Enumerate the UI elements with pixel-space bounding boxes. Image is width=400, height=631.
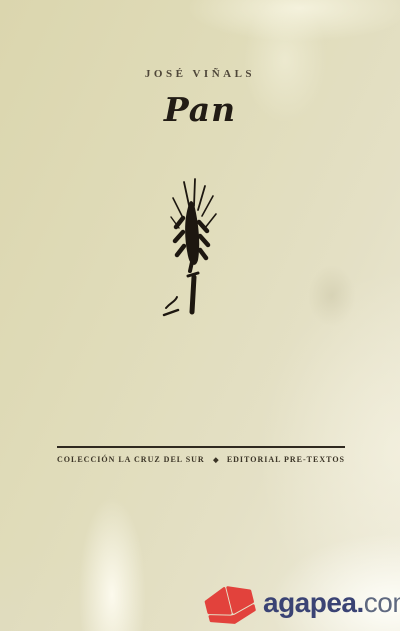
author-name: JOSÉ VIÑALS [0, 68, 400, 80]
agapea-watermark: agapea.com [202, 581, 400, 628]
band-text-row: COLECCIÓN LA CRUZ DEL SUR ◆ EDITORIAL PR… [57, 455, 345, 464]
book-title: Pan [0, 90, 400, 129]
agapea-domain-suffix: com [364, 587, 400, 618]
agapea-brand-text: agapea [263, 587, 357, 618]
collection-name: COLECCIÓN LA CRUZ DEL SUR [57, 455, 205, 464]
agapea-wordmark: agapea.com [263, 589, 400, 621]
footer-band: COLECCIÓN LA CRUZ DEL SUR ◆ EDITORIAL PR… [57, 446, 345, 464]
agapea-dot-text: . [357, 587, 364, 618]
diamond-separator-icon: ◆ [213, 456, 218, 464]
band-rule [57, 446, 345, 448]
book-cover-photo: JOSÉ VIÑALS Pan [0, 0, 400, 631]
publisher-name: EDITORIAL PRE-TEXTOS [227, 455, 345, 464]
agapea-book-icon [202, 581, 258, 628]
wheat-ear-illustration [148, 176, 244, 328]
